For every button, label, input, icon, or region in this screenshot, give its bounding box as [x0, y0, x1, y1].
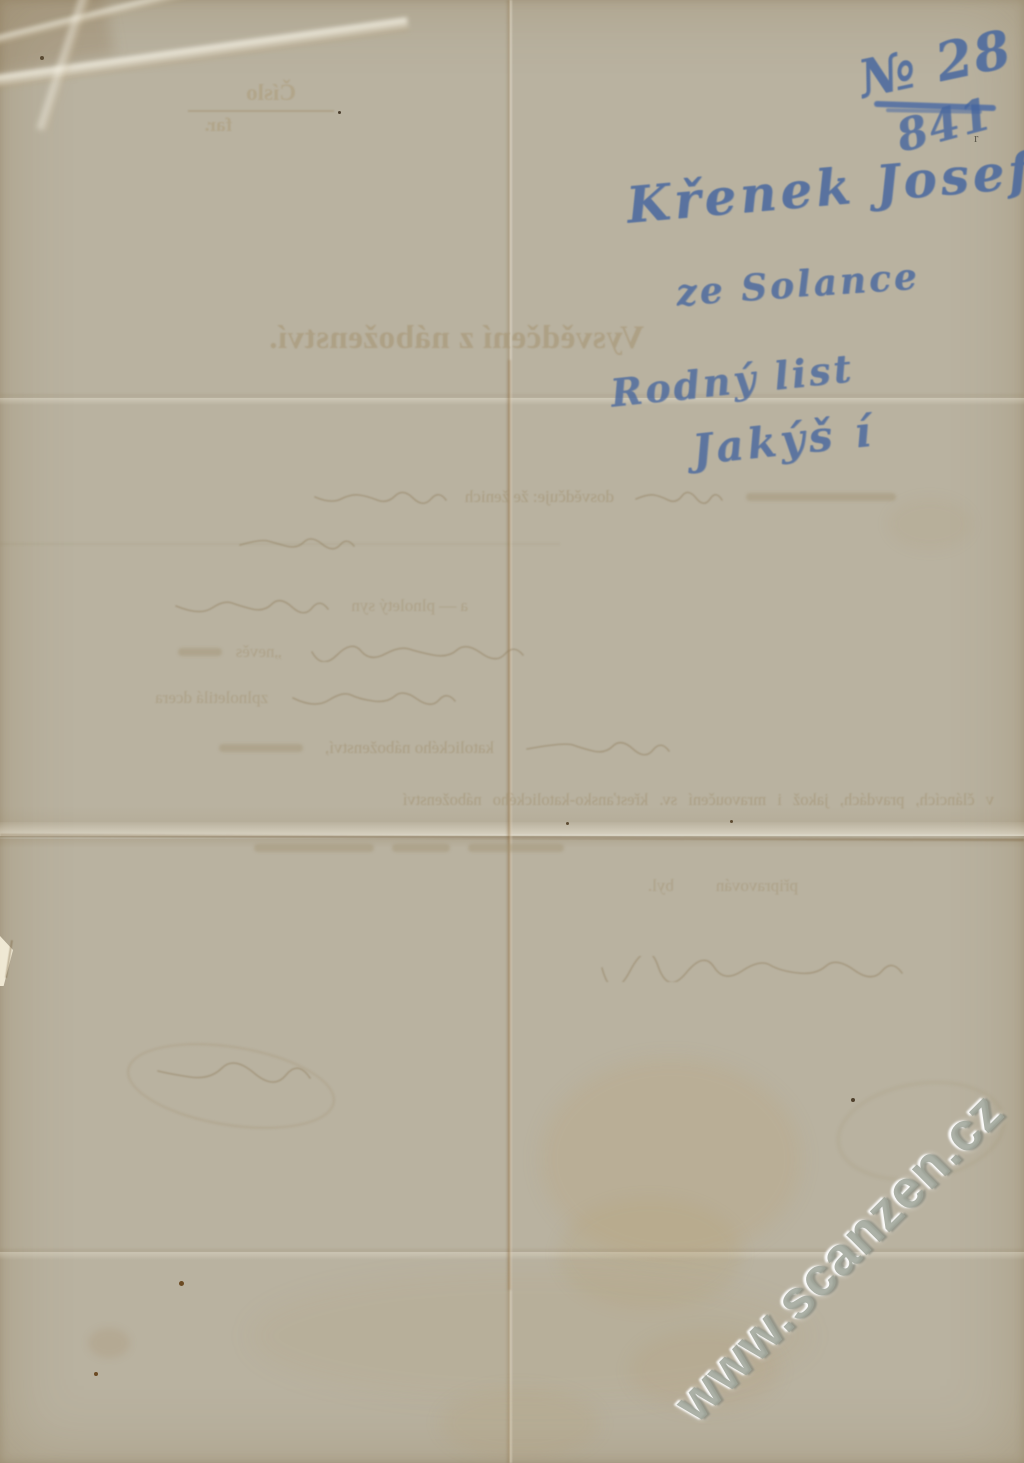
ghost-print-text: dosvědčuje: že ženich	[465, 487, 614, 507]
ghost-form-line-3: a — plnoletý syn	[171, 596, 468, 616]
stain	[888, 498, 972, 550]
crease-top-left-2	[0, 0, 200, 48]
hw-name: Křenek Josef	[624, 140, 1024, 234]
hw-note-line-1: Rodný list	[608, 345, 856, 415]
horizontal-fold-shadow	[0, 806, 1024, 834]
ghost-cislo-label: Číslo	[182, 80, 296, 106]
ghost-signature-oval-stamp	[121, 1030, 341, 1142]
horizontal-fold-line	[0, 834, 1024, 841]
handwriting-trace	[236, 534, 356, 552]
dirt-speck	[94, 1372, 98, 1376]
dirt-speck	[730, 820, 733, 823]
ghost-date-line	[596, 956, 906, 982]
dirt-speck	[179, 1281, 184, 1286]
dirt-speck	[851, 1098, 855, 1102]
handwriting-trace	[154, 1058, 314, 1088]
ghost-print-text: byl.	[648, 876, 674, 896]
paper: Číslo far. Vysvědčení z náboženství. dos…	[0, 0, 1024, 1463]
stain	[540, 1058, 802, 1260]
handwriting-trace	[632, 488, 724, 506]
ghost-form-line-1: dosvědčuje: že ženich	[309, 487, 896, 507]
handwriting-trace	[522, 738, 672, 758]
handwriting-trace	[309, 487, 449, 507]
horizontal-fold-undershadow	[0, 839, 1024, 848]
ghost-corner-stamp: Číslo far.	[182, 80, 334, 137]
ghost-print-text: v článcích, pravdách, jakož i mravoučení…	[403, 790, 994, 810]
ghost-stamp-rule	[188, 110, 334, 112]
ghost-form-line-6: katolického náboženství,	[219, 738, 672, 758]
vertical-fold-dark-segment	[508, 360, 511, 1290]
ghost-form-line-8	[254, 844, 564, 852]
handwriting-trace	[171, 596, 331, 616]
ghost-far-label: far.	[182, 115, 232, 137]
ghost-form-line-7: v článcích, pravdách, jakož i mravoučení…	[104, 790, 994, 810]
hw-place: ze Solance	[675, 256, 921, 315]
ghost-signature	[154, 1058, 314, 1088]
edge-tear-shadow	[5, 940, 13, 978]
scanzen-watermark: www.scanzen.cz	[662, 1080, 1016, 1434]
stain	[558, 1198, 742, 1310]
stain	[440, 1388, 600, 1458]
ghost-form-line-4: „nevěs	[178, 642, 526, 662]
stain	[88, 1328, 130, 1358]
hw-note-line-2: Jakýš í	[690, 407, 877, 475]
ghost-title: Vysvědčení z náboženství.	[260, 320, 644, 357]
ghost-print-text: připravován	[716, 876, 798, 896]
crease-top-left	[0, 17, 409, 92]
dirt-speck	[566, 822, 569, 825]
ghost-form-line-5: zplnoletilá dcera	[155, 688, 458, 708]
dirt-speck	[40, 56, 44, 60]
ghost-print-text: katolického náboženství,	[325, 738, 494, 758]
horizontal-fold-highlight	[0, 822, 1024, 836]
stray-ink-mark: r	[974, 130, 978, 146]
dirt-speck	[338, 111, 341, 114]
ghost-print-text: a — plnoletý syn	[351, 596, 468, 616]
crease-top-left-3	[37, 0, 95, 132]
edge-tear-notch	[0, 936, 13, 986]
handwriting-trace	[306, 642, 526, 662]
ghost-form-line-9: připravován byl.	[648, 876, 798, 896]
handwriting-trace	[288, 688, 458, 708]
vertical-fold-line	[505, 0, 513, 1463]
hw-reference-number: № 28	[853, 19, 1017, 111]
corner-fold-shadow	[0, 0, 114, 77]
ghost-form-line-2	[236, 534, 356, 552]
ghost-print-text: zplnoletilá dcera	[155, 688, 268, 708]
crease-upper-highlight	[0, 398, 1024, 405]
handwriting-trace	[596, 956, 906, 982]
crease-middle-left	[0, 543, 560, 545]
ghost-print-text: „nevěs	[236, 642, 282, 662]
crease-upper	[0, 394, 1024, 397]
